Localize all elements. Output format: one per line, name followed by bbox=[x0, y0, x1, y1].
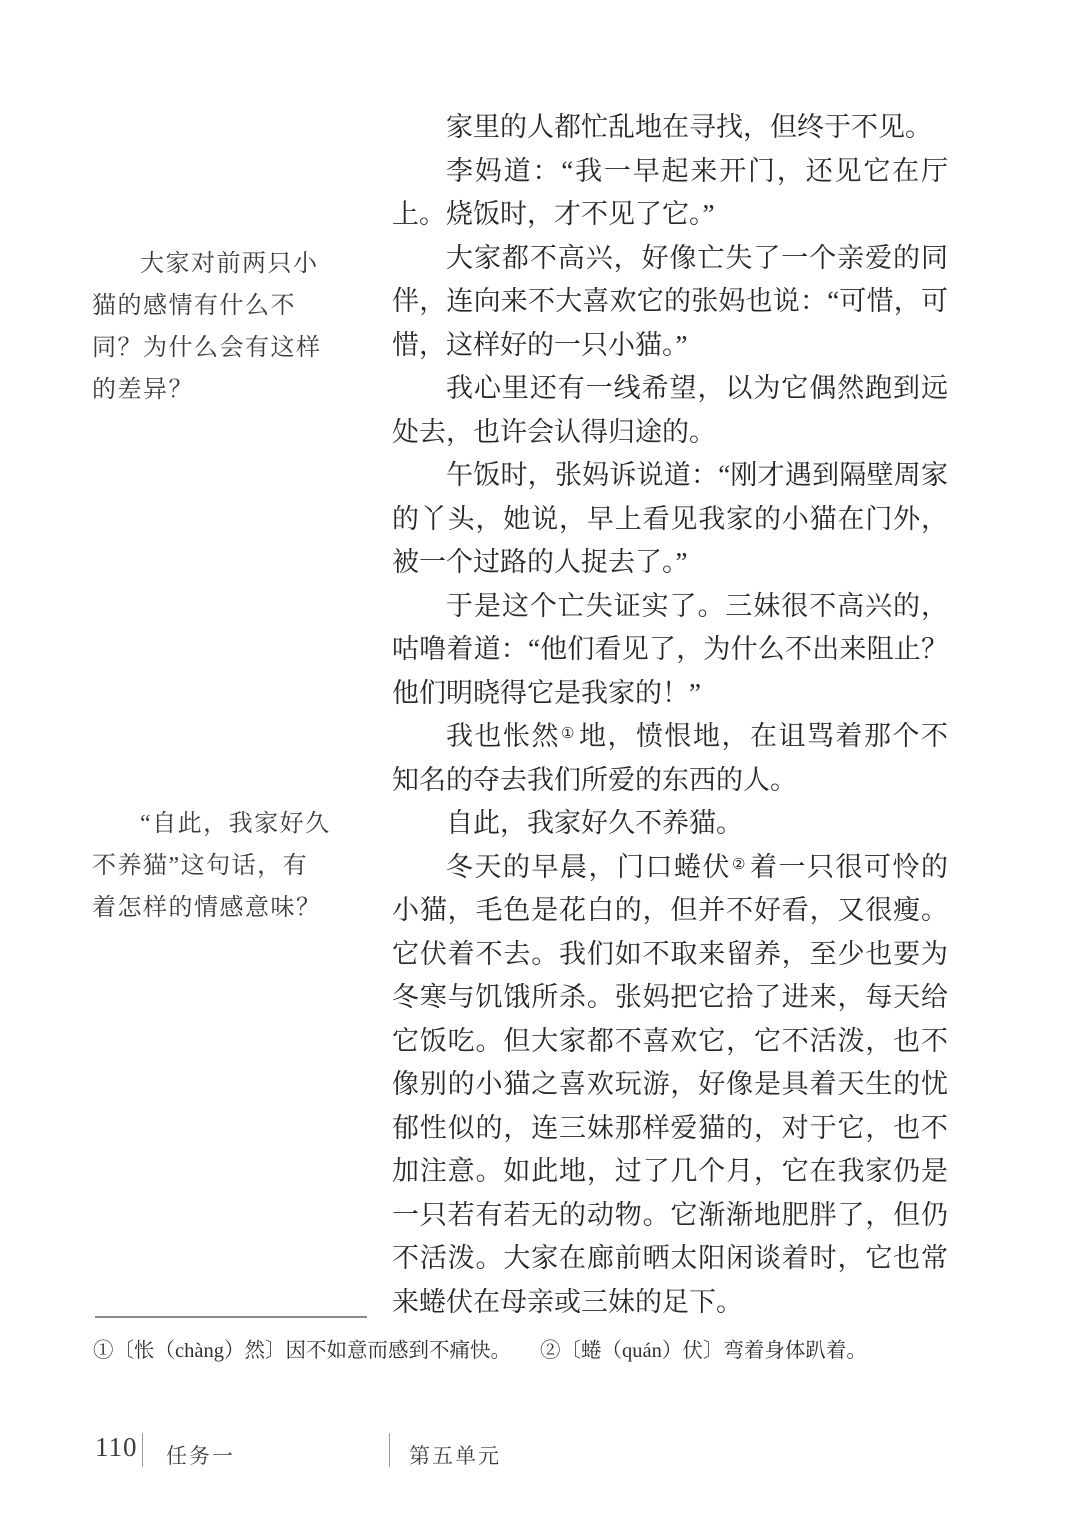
margin-note-question-2: “自此，我家好久 不养猫”这句话，有 着怎样的情感意味？ bbox=[92, 803, 354, 929]
body-text-column: 家里的人都忙乱地在寻找，但终于不见。 李妈道：“我一早起来开门，还见它在厅上。烧… bbox=[392, 106, 948, 1324]
body-paragraph-9: 冬天的早晨，门口蜷伏②着一只很可怜的小猫，毛色是花白的，但并不好看，又很瘦。它伏… bbox=[392, 846, 948, 1325]
footer-divider-1 bbox=[142, 1433, 143, 1467]
footer-unit-label: 第五单元 bbox=[409, 1440, 501, 1470]
body-paragraph-8: 自此，我家好久不养猫。 bbox=[392, 802, 948, 846]
footnote-2: ②〔蜷（quán）伏〕弯着身体趴着。 bbox=[540, 1336, 867, 1366]
body-paragraph-4: 我心里还有一线希望，以为它偶然跑到远处去，也许会认得归途的。 bbox=[392, 367, 948, 454]
body-paragraph-3: 大家都不高兴，好像亡失了一个亲爱的同伴，连向来不大喜欢它的张妈也说：“可惜，可惜… bbox=[392, 237, 948, 368]
body-paragraph-2: 李妈道：“我一早起来开门，还见它在厅上。烧饭时，才不见了它。” bbox=[392, 150, 948, 237]
page-number: 110 bbox=[95, 1432, 138, 1463]
body-paragraph-1: 家里的人都忙乱地在寻找，但终于不见。 bbox=[392, 106, 948, 150]
body-paragraph-5: 午饭时，张妈诉说道：“刚才遇到隔壁周家的丫头，她说，早上看见我家的小猫在门外，被… bbox=[392, 454, 948, 585]
footer-divider-2 bbox=[389, 1433, 390, 1467]
footnote-1: ①〔怅（chàng）然〕因不如意而感到不痛快。 bbox=[93, 1336, 511, 1366]
textbook-page: 大家对前两只小 猫的感情有什么不 同？为什么会有这样 的差异？ “自此，我家好久… bbox=[0, 0, 1080, 1526]
body-paragraph-6: 于是这个亡失证实了。三妹很不高兴的，咕噜着道：“他们看见了，为什么不出来阻止？他… bbox=[392, 585, 948, 716]
footer-task-label: 任务一 bbox=[166, 1440, 235, 1470]
body-paragraph-7: 我也怅然①地，愤恨地，在诅骂着那个不知名的夺去我们所爱的东西的人。 bbox=[392, 715, 948, 802]
footnote-divider bbox=[95, 1316, 367, 1318]
margin-note-question-1: 大家对前两只小 猫的感情有什么不 同？为什么会有这样 的差异？ bbox=[92, 243, 354, 411]
